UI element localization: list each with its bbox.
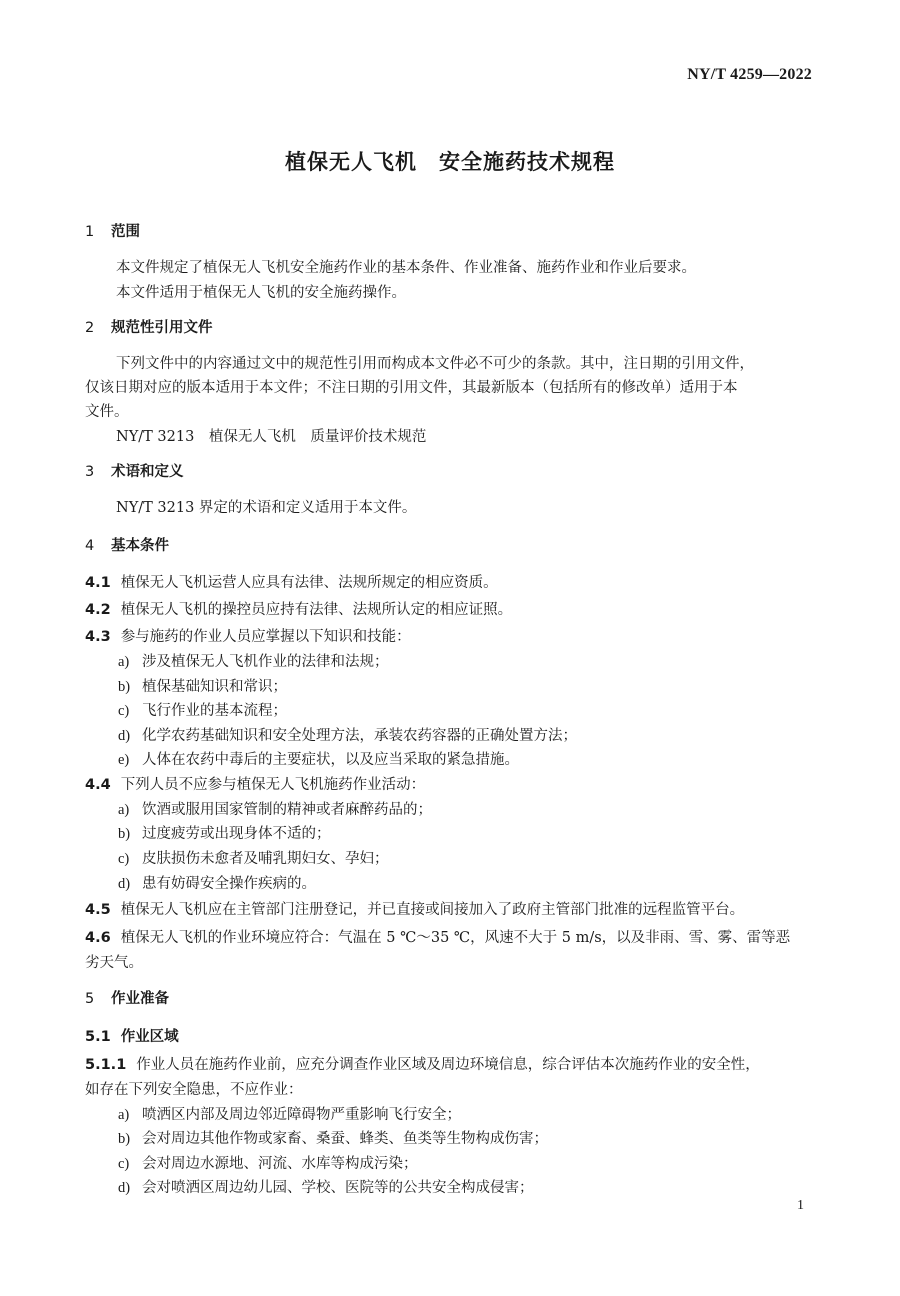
list-item: d)患有妨碍安全操作疾病的。: [118, 874, 316, 894]
clause-text: 植保无人飞机的操控员应持有法律、法规所认定的相应证照。: [121, 602, 513, 618]
section-heading-1: 1范围: [85, 222, 140, 242]
subsection-5-1: 5.1作业区域: [85, 1027, 179, 1047]
clause-text: 作业人员在施药作业前，应充分调查作业区域及周边环境信息，综合评估本次施药作业的安…: [136, 1057, 760, 1073]
clause-number: 5.1: [85, 1027, 111, 1047]
section-title: 范围: [111, 224, 140, 240]
list-item: c)皮肤损伤未愈者及哺乳期妇女、孕妇；: [118, 849, 389, 869]
list-item: d)化学农药基础知识和安全处理方法，承装农药容器的正确处置方法；: [118, 726, 577, 746]
clause-4-6-continued: 劣天气。: [85, 953, 143, 973]
section-heading-3: 3术语和定义: [85, 462, 184, 482]
clause-4-3: 4.3参与施药的作业人员应掌握以下知识和技能：: [85, 627, 411, 647]
list-item: b)过度疲劳或出现身体不适的；: [118, 824, 331, 844]
list-item: a)涉及植保无人飞机作业的法律和法规；: [118, 652, 389, 672]
document-page: NY/T 4259—2022 植保无人飞机 安全施药技术规程 1范围 本文件规定…: [0, 0, 900, 1296]
clause-number: 5.1.1: [85, 1055, 126, 1075]
clause-4-1: 4.1植保无人飞机运营人应具有法律、法规所规定的相应资质。: [85, 573, 498, 593]
paragraph-line: 仅该日期对应的版本适用于本文件；不注日期的引用文件，其最新版本（包括所有的修改单…: [85, 378, 738, 398]
list-item: e)人体在农药中毒后的主要症状，以及应当采取的紧急措施。: [118, 750, 519, 770]
subsection-title: 作业区域: [121, 1029, 179, 1045]
clause-text: 参与施药的作业人员应掌握以下知识和技能：: [121, 629, 411, 645]
clause-number: 4.4: [85, 775, 111, 795]
clause-5-1-1-continued: 如存在下列安全隐患，不应作业：: [85, 1080, 303, 1100]
list-item: a)饮酒或服用国家管制的精神或者麻醉药品的；: [118, 800, 432, 820]
section-title: 术语和定义: [111, 464, 184, 480]
list-item: c)会对周边水源地、河流、水库等构成污染；: [118, 1154, 418, 1174]
list-item: c)飞行作业的基本流程；: [118, 701, 287, 721]
clause-number: 4.6: [85, 928, 111, 948]
clause-text: 植保无人飞机运营人应具有法律、法规所规定的相应资质。: [121, 575, 498, 591]
section-title: 规范性引用文件: [111, 320, 213, 336]
section-heading-4: 4基本条件: [85, 536, 169, 556]
paragraph-line: 下列文件中的内容通过文中的规范性引用而构成本文件必不可少的条款。其中，注日期的引…: [116, 354, 754, 374]
section-number: 2: [85, 318, 111, 338]
section-number: 3: [85, 462, 111, 482]
paragraph: NY/T 3213 界定的术语和定义适用于本文件。: [116, 498, 416, 518]
clause-4-6: 4.6植保无人飞机的作业环境应符合：气温在 5 ℃～35 ℃，风速不大于 5 m…: [85, 928, 790, 948]
clause-text: 植保无人飞机的作业环境应符合：气温在 5 ℃～35 ℃，风速不大于 5 m/s，…: [121, 930, 790, 946]
clause-number: 4.1: [85, 573, 111, 593]
clause-number: 4.2: [85, 600, 111, 620]
paragraph: 本文件适用于植保无人飞机的安全施药操作。: [116, 283, 406, 303]
section-number: 4: [85, 536, 111, 556]
paragraph: 本文件规定了植保无人飞机安全施药作业的基本条件、作业准备、施药作业和作业后要求。: [116, 258, 696, 278]
clause-4-2: 4.2植保无人飞机的操控员应持有法律、法规所认定的相应证照。: [85, 600, 512, 620]
clause-4-5: 4.5植保无人飞机应在主管部门注册登记，并已直接或间接加入了政府主管部门批准的远…: [85, 900, 744, 920]
clause-4-4: 4.4下列人员不应参与植保无人飞机施药作业活动：: [85, 775, 425, 795]
section-title: 基本条件: [111, 538, 169, 554]
list-item: a)喷洒区内部及周边邻近障碍物严重影响飞行安全；: [118, 1105, 461, 1125]
clause-5-1-1: 5.1.1作业人员在施药作业前，应充分调查作业区域及周边环境信息，综合评估本次施…: [85, 1055, 760, 1075]
normative-reference: NY/T 3213 植保无人飞机 质量评价技术规范: [116, 427, 426, 447]
section-number: 5: [85, 989, 111, 1009]
list-item: b)植保基础知识和常识；: [118, 677, 287, 697]
clause-text: 植保无人飞机应在主管部门注册登记，并已直接或间接加入了政府主管部门批准的远程监管…: [121, 902, 745, 918]
page-number: 1: [797, 1198, 804, 1214]
list-item: b)会对周边其他作物或家畜、桑蚕、蜂类、鱼类等生物构成伤害；: [118, 1129, 548, 1149]
section-number: 1: [85, 222, 111, 242]
standard-code: NY/T 4259—2022: [687, 66, 812, 84]
clause-number: 4.3: [85, 627, 111, 647]
list-item: d)会对喷洒区周边幼儿园、学校、医院等的公共安全构成侵害；: [118, 1178, 534, 1198]
section-heading-2: 2规范性引用文件: [85, 318, 213, 338]
clause-text: 下列人员不应参与植保无人飞机施药作业活动：: [121, 777, 426, 793]
document-title: 植保无人飞机 安全施药技术规程: [0, 146, 900, 176]
clause-number: 4.5: [85, 900, 111, 920]
paragraph-line: 文件。: [85, 402, 129, 422]
section-title: 作业准备: [111, 991, 169, 1007]
section-heading-5: 5作业准备: [85, 989, 169, 1009]
